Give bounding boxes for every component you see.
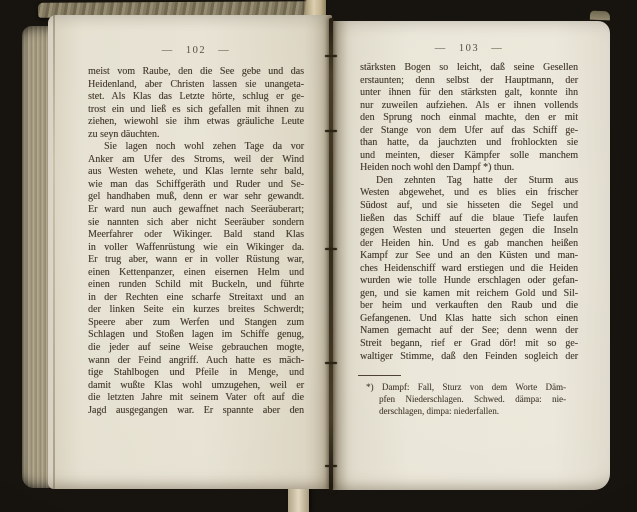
text-line: Schlagen und Stoßen lagen im Schiffe gen…: [88, 329, 304, 342]
text-line: der linken Seite ein kurzes breites Schw…: [88, 304, 304, 317]
text-line: Jagd ausgegangen war. Er spannte aber de…: [88, 405, 304, 418]
text-line: wie man das Schiffgeräth und Ruder und S…: [88, 179, 304, 192]
text-line: ließen das Schiff auf die blaue Tiefe la…: [360, 213, 578, 226]
text-line: derschlagen, dimpa: niederfallen.: [366, 405, 566, 417]
text-line: Namen gemacht auf der See; denn wenn der: [360, 325, 578, 338]
text-line: Anker am Ufer des Stroms, weil der Wind: [88, 154, 304, 167]
text-line: unter ihnen für den stärksten galt, konn…: [360, 87, 578, 100]
text-line: die letzten Jahre mit seinem Vater oft a…: [88, 392, 304, 405]
text-line: einen Kettenpanzer, einen eisernen Helm …: [88, 267, 304, 280]
text-line: Sie lagen noch wohl zehen Tage da vor: [88, 141, 304, 154]
text-line: der Stange von dem Ufer auf das Schiff g…: [360, 125, 578, 138]
text-line: gegen Westen und steuerten gegen die Ins…: [360, 225, 578, 238]
text-line: Er ward nun auch gewaffnet nach Seeräube…: [88, 204, 304, 217]
text-line: trost ein und ließ es sich gefallen mit …: [88, 104, 304, 117]
text-line: Speere aber zum Werfen und Stangen zum: [88, 317, 304, 330]
text-line: wurden wie tolle Hunde erschlagen oder g…: [360, 275, 578, 288]
text-line: Den zehnten Tag hatte der Sturm aus: [360, 175, 578, 188]
text-line: *) Dampf: Fall, Sturz von dem Worte Däm-: [366, 381, 566, 393]
text-line: Er trug aber, wann er in voller Rüstung …: [88, 254, 304, 267]
page-number-right: — 103 —: [360, 42, 578, 56]
text-line: than hatte, da jauchzten und frohlockten…: [360, 137, 578, 150]
text-line: die jeder auf seine Weise gebrauchen mog…: [88, 342, 304, 355]
text-line: stärksten Bogen so leicht, daß seine Ges…: [360, 62, 578, 75]
text-line: waltiger Stimme, daß den Feinden sogleic…: [360, 351, 578, 364]
page-number-left: — 102 —: [88, 44, 304, 58]
text-line: aus Westen wehete, und Klas lernte sehr …: [88, 166, 304, 179]
text-line: Westen abgewehet, und es blies ein frisc…: [360, 187, 578, 200]
page-crease: [53, 15, 55, 489]
text-line: meist vom Raube, den die See gebe und da…: [88, 66, 304, 79]
page-corner-edge: [590, 11, 610, 21]
binding-stitch: [325, 465, 337, 467]
text-line: ber heim und verkauften den Raub und die: [360, 300, 578, 313]
book-scan: — 102 — — 103 — meist vom Raube, den die…: [0, 0, 637, 512]
text-line: pfen Niederschlagen. Schwed. dämpa: nie-: [366, 393, 566, 405]
text-line: in der Rechten eine scharfe Streitaxt un…: [88, 292, 304, 305]
text-line: der Heiden hin. Und es gab manchen heiße…: [360, 238, 578, 251]
text-line: gen, und sie kamen mit reichem Gold und …: [360, 288, 578, 301]
text-line: Heidenland, aber Christen lassen sie una…: [88, 79, 304, 92]
text-line: damit wußte Klas wohl umzugehen, weil er: [88, 380, 304, 393]
text-line: Südost auf, und sie hisseten die Segel u…: [360, 200, 578, 213]
text-line: Gefangenen. Und Klas hatte sich schon ei…: [360, 313, 578, 326]
text-line: einen runden Schild mit Buckeln, und füh…: [88, 279, 304, 292]
binding-stitch: [325, 248, 337, 250]
binding-stitch: [325, 130, 337, 132]
text-line: tige Stahlbogen und Pfeile in Menge, und: [88, 367, 304, 380]
text-line: gel handhaben muß, denn er war sehr gewa…: [88, 191, 304, 204]
text-line: zu seyn däuchten.: [88, 129, 304, 142]
text-line: und meinten, dieser Kämpfer solle manche…: [360, 150, 578, 163]
text-line: wann der Feind angriff. Auch hatte es mä…: [88, 355, 304, 368]
text-line: den Sprung noch einmal machte, den er mi…: [360, 112, 578, 125]
text-line: erstaunten; denn selbst der Hauptmann, d…: [360, 75, 578, 88]
text-line: Streit begann, rief er Grad dör! mit so …: [360, 338, 578, 351]
text-line: Kampf zur See und an den Küsten und man-: [360, 250, 578, 263]
text-line: nur zuweilen aufziehen. Als er ihnen vol…: [360, 100, 578, 113]
text-line: ches Heidenschiff ward erstiegen und die…: [360, 263, 578, 276]
text-line: in voller Waffenrüstung wie ein Wikinger…: [88, 242, 304, 255]
footnote: *) Dampf: Fall, Sturz von dem Worte Däm-…: [366, 381, 566, 418]
binding-stitch: [325, 362, 337, 364]
binding-stitch: [325, 55, 337, 57]
text-line: Meerfahrer oder Wikinger. Bald stand Kla…: [88, 229, 304, 242]
text-line: ziehen, wiewohl sie ihm etwas gräuliche …: [88, 116, 304, 129]
bookmark-ribbon-bottom: [288, 486, 309, 512]
left-page-text: meist vom Raube, den die See gebe und da…: [88, 66, 304, 417]
text-line: stet. Als Klas das Letzte hörte, schlug …: [88, 91, 304, 104]
right-page-text: stärksten Bogen so leicht, daß seine Ges…: [360, 62, 578, 363]
text-line: Heiden noch wohl den Dampf *) thun.: [360, 162, 578, 175]
text-line: sie nannten sich aber nicht Seeräuber so…: [88, 217, 304, 230]
footnote-rule: [358, 375, 401, 376]
binding-gutter: [329, 18, 333, 490]
